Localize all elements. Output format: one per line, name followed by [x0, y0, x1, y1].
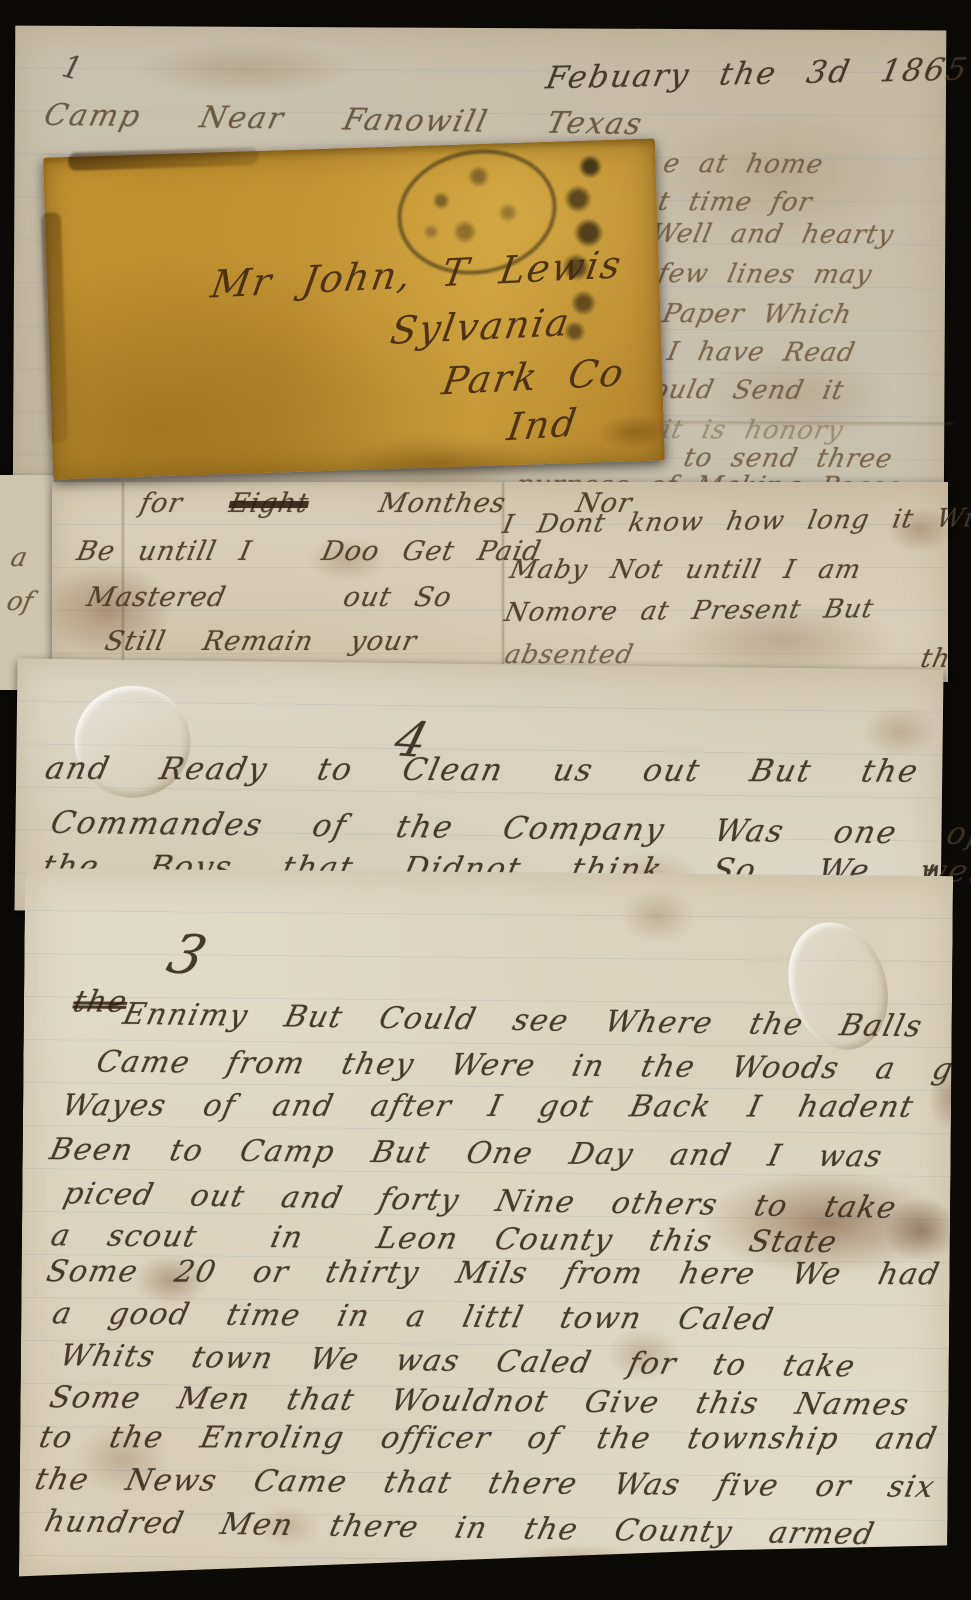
handwriting-line: Mastered out So: [84, 582, 455, 613]
struck-word: the: [70, 984, 131, 1019]
letter-fragment: Well and hearty: [648, 219, 897, 250]
date-line: Febuary the 3d 1865: [543, 52, 971, 97]
sliver-fragment: of: [4, 587, 36, 617]
handwriting-line: Been to Camp But One Day and I was: [47, 1132, 887, 1174]
handwriting-line: Maby Not untill I am: [507, 555, 864, 585]
handwriting-line: to the Enroling officer of the township …: [36, 1420, 941, 1457]
letter-fragment: I have Read: [665, 337, 859, 368]
handwriting-line: Commandes of the Company Was one of: [47, 805, 971, 852]
handwriting-line: Still Remain your: [102, 626, 420, 657]
letter-sheet-middle: for Eight Monthes Nor Be untill I Doo Ge…: [52, 482, 948, 682]
address-line-state: Ind: [504, 401, 581, 450]
handwriting-line: hundred Men there in the County armed: [41, 1504, 878, 1552]
handwriting-line: I Dont know how long it Will: [500, 503, 971, 540]
page-number: 3: [160, 922, 215, 989]
handwriting-line: a good time in a littl town Caled: [49, 1296, 777, 1337]
address-line-town: Sylvania: [387, 300, 574, 353]
word: for: [137, 488, 186, 519]
letter-fragment: few lines may: [655, 259, 875, 290]
letter-fragment: e at home: [661, 149, 827, 180]
sliver-fragment: a: [8, 543, 30, 573]
handwriting-line: Some Men that Wouldnot Give this Names: [46, 1380, 913, 1422]
paper-stain: [619, 888, 694, 944]
struck-word: Eight: [226, 488, 311, 519]
handwriting-line: Came from they Were in the Woods a good: [93, 1045, 971, 1088]
photo-of-civil-war-letters: { "photo": { "colors": { "background": "…: [0, 0, 971, 1600]
handwriting-line: the News Came that there Was five or six: [32, 1462, 939, 1505]
letter-fragment: Paper Which: [660, 299, 855, 330]
paper-stain: [861, 704, 937, 760]
handwriting-line: Some 20 or thirty Mils from here We had: [43, 1254, 943, 1292]
letter-fragment: to send three: [681, 443, 896, 474]
pencil-page-mark: 1: [55, 49, 88, 88]
handwriting-line: Wayes of and after I got Back I hadent: [59, 1088, 917, 1124]
letter-fragment: t time for: [655, 187, 815, 218]
envelope-stain: [596, 413, 672, 450]
handwriting-line: and Ready to Clean us out But the: [42, 751, 923, 790]
handwriting-line: Be untill I Doo Get Paid: [74, 536, 544, 567]
paper-stain: [135, 41, 355, 97]
letter-fragment: ould Send it: [649, 375, 847, 406]
paper-stain: [509, 1544, 649, 1587]
letter-page-3: 3 the Ennimy But Could see Where the Bal…: [19, 868, 953, 1588]
camp-heading-line: Camp Near Fanowill Texas: [41, 98, 647, 142]
letter-fragment: it is honory: [659, 415, 846, 446]
envelope: Mr John, T Lewis Sylvania Park Co Ind: [43, 138, 665, 479]
handwriting-line: Whits town We was Caled for to take: [57, 1338, 860, 1384]
handwriting-line: Nomore at Present But: [502, 594, 877, 628]
address-line-county: Park Co: [439, 350, 628, 403]
